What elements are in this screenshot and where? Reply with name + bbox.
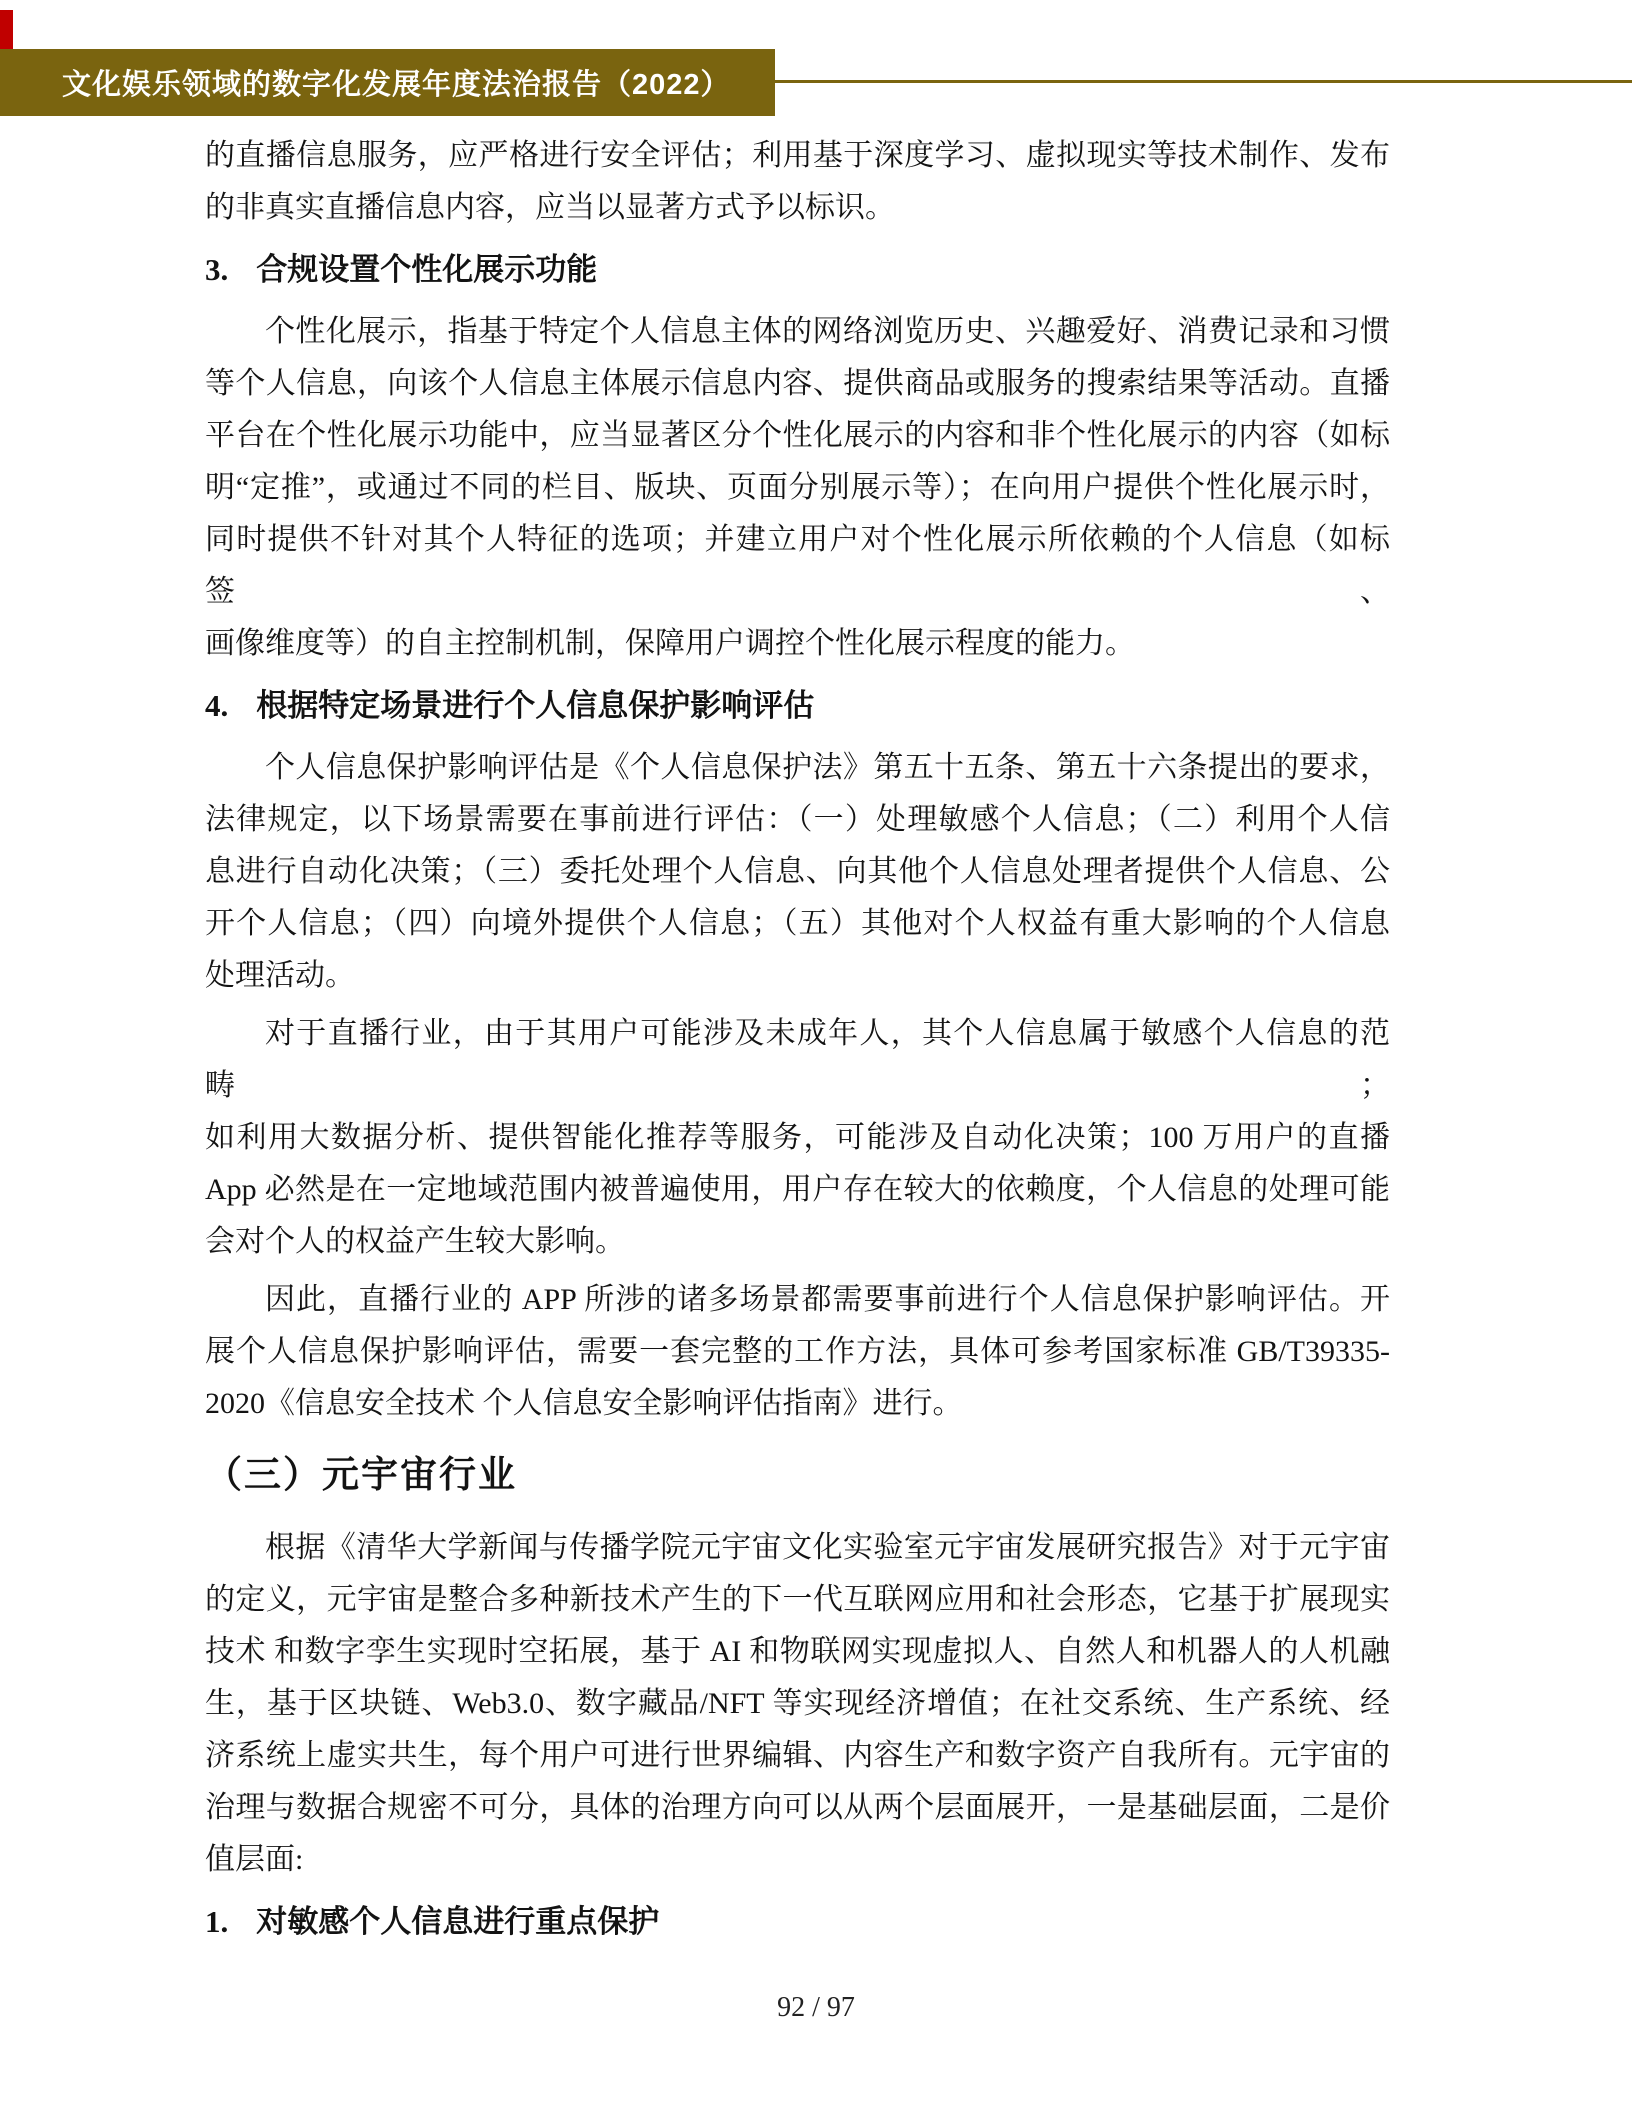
paragraph: 的直播信息服务，应严格进行安全评估；利用基于深度学习、虚拟现实等技术制作、发布的… bbox=[205, 130, 1390, 234]
section-heading: （三）元宇宙行业 bbox=[205, 1446, 1390, 1506]
heading-text: 对敏感个人信息进行重点保护 bbox=[256, 1904, 659, 1939]
text-line: 处理活动。 bbox=[205, 950, 1390, 1002]
text-line: 个性化展示，指基于特定个人信息主体的网络浏览历史、兴趣爱好、消费记录和习惯 bbox=[205, 306, 1390, 358]
document-page: 文化娱乐领域的数字化发展年度法治报告（2022） 的直播信息服务，应严格进行安全… bbox=[0, 0, 1632, 2112]
text-line: 法律规定，以下场景需要在事前进行评估：（一）处理敏感个人信息；（二）利用个人信 bbox=[205, 794, 1390, 846]
page-number: 92 / 97 bbox=[0, 1982, 1632, 2034]
paragraph: 对于直播行业，由于其用户可能涉及未成年人，其个人信息属于敏感个人信息的范畴；如利… bbox=[205, 1008, 1390, 1268]
text-line: 开个人信息；（四）向境外提供个人信息；（五）其他对个人权益有重大影响的个人信息 bbox=[205, 898, 1390, 950]
text-line: 的定义，元宇宙是整合多种新技术产生的下一代互联网应用和社会形态，它基于扩展现实 bbox=[205, 1574, 1390, 1626]
text-line: 生，基于区块链、Web3.0、数字藏品/NFT 等实现经济增值；在社交系统、生产… bbox=[205, 1678, 1390, 1730]
text-line: 的直播信息服务，应严格进行安全评估；利用基于深度学习、虚拟现实等技术制作、发布 bbox=[205, 130, 1390, 182]
paragraph: 根据《清华大学新闻与传播学院元宇宙文化实验室元宇宙发展研究报告》对于元宇宙的定义… bbox=[205, 1522, 1390, 1886]
text-line: 技术 和数字孪生实现时空拓展，基于 AI 和物联网实现虚拟人、自然人和机器人的人… bbox=[205, 1626, 1390, 1678]
text-line: 治理与数据合规密不可分，具体的治理方向可以从两个层面展开，一是基础层面，二是价 bbox=[205, 1782, 1390, 1834]
text-line: 2020《信息安全技术 个人信息安全影响评估指南》进行。 bbox=[205, 1378, 1390, 1430]
text-line: 因此，直播行业的 APP 所涉的诸多场景都需要事前进行个人信息保护影响评估。开 bbox=[205, 1274, 1390, 1326]
paragraph: 因此，直播行业的 APP 所涉的诸多场景都需要事前进行个人信息保护影响评估。开展… bbox=[205, 1274, 1390, 1430]
text-line: 展个人信息保护影响评估，需要一套完整的工作方法，具体可参考国家标准 GB/T39… bbox=[205, 1326, 1390, 1378]
text-line: 画像维度等）的自主控制机制，保障用户调控个性化展示程度的能力。 bbox=[205, 618, 1390, 670]
text-line: 等个人信息，向该个人信息主体展示信息内容、提供商品或服务的搜索结果等活动。直播 bbox=[205, 358, 1390, 410]
heading-text: 合规设置个性化展示功能 bbox=[256, 252, 597, 287]
paragraph: 个性化展示，指基于特定个人信息主体的网络浏览历史、兴趣爱好、消费记录和习惯等个人… bbox=[205, 306, 1390, 670]
document-body: 的直播信息服务，应严格进行安全评估；利用基于深度学习、虚拟现实等技术制作、发布的… bbox=[205, 130, 1390, 1958]
paragraph: 个人信息保护影响评估是《个人信息保护法》第五十五条、第五十六条提出的要求，法律规… bbox=[205, 742, 1390, 1002]
text-line: 对于直播行业，由于其用户可能涉及未成年人，其个人信息属于敏感个人信息的范畴； bbox=[205, 1008, 1390, 1112]
text-line: App 必然是在一定地域范围内被普遍使用，用户存在较大的依赖度，个人信息的处理可… bbox=[205, 1164, 1390, 1216]
text-line: 济系统上虚实共生，每个用户可进行世界编辑、内容生产和数字资产自我所有。元宇宙的 bbox=[205, 1730, 1390, 1782]
heading-number: 4. bbox=[205, 688, 228, 723]
text-line: 值层面: bbox=[205, 1834, 1390, 1886]
text-line: 个人信息保护影响评估是《个人信息保护法》第五十五条、第五十六条提出的要求， bbox=[205, 742, 1390, 794]
header-rule bbox=[775, 80, 1632, 83]
heading-text: 根据特定场景进行个人信息保护影响评估 bbox=[256, 688, 814, 723]
heading-number: 3. bbox=[205, 252, 228, 287]
text-line: 明“定推”，或通过不同的栏目、版块、页面分别展示等）；在向用户提供个性化展示时， bbox=[205, 462, 1390, 514]
text-line: 根据《清华大学新闻与传播学院元宇宙文化实验室元宇宙发展研究报告》对于元宇宙 bbox=[205, 1522, 1390, 1574]
text-line: 平台在个性化展示功能中，应当显著区分个性化展示的内容和非个性化展示的内容（如标 bbox=[205, 410, 1390, 462]
numbered-heading: 4.根据特定场景进行个人信息保护影响评估 bbox=[205, 680, 1390, 732]
text-line: 会对个人的权益产生较大影响。 bbox=[205, 1216, 1390, 1268]
numbered-heading: 3.合规设置个性化展示功能 bbox=[205, 244, 1390, 296]
numbered-heading: 1.对敏感个人信息进行重点保护 bbox=[205, 1896, 1390, 1948]
heading-number: 1. bbox=[205, 1904, 228, 1939]
text-line: 的非真实直播信息内容，应当以显著方式予以标识。 bbox=[205, 182, 1390, 234]
text-line: 如利用大数据分析、提供智能化推荐等服务，可能涉及自动化决策；100 万用户的直播 bbox=[205, 1112, 1390, 1164]
text-line: 息进行自动化决策；（三）委托处理个人信息、向其他个人信息处理者提供个人信息、公 bbox=[205, 846, 1390, 898]
report-title: 文化娱乐领域的数字化发展年度法治报告（2022） bbox=[0, 62, 731, 103]
report-title-bar: 文化娱乐领域的数字化发展年度法治报告（2022） bbox=[0, 49, 775, 116]
text-line: 同时提供不针对其个人特征的选项；并建立用户对个性化展示所依赖的个人信息（如标签、 bbox=[205, 514, 1390, 618]
